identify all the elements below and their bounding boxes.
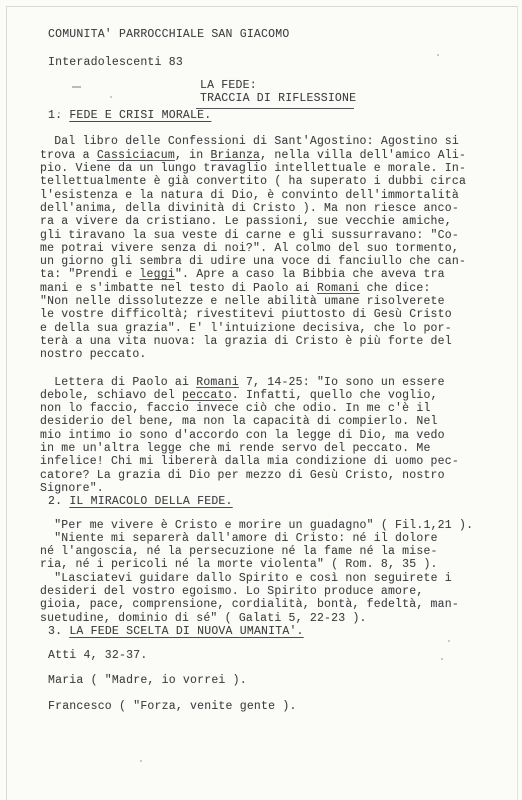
scan-artifact	[58, 112, 60, 114]
section-2-quotes: "Per me vivere è Cristo e morire un guad…	[40, 519, 496, 625]
section-2-heading: 2. IL MIRACOLO DELLA FEDE.	[48, 495, 496, 508]
section-3-item-maria: Maria ( "Madre, io vorrei ).	[48, 674, 496, 687]
section-3-item-francesco: Francesco ( "Forza, venite gente ).	[48, 700, 496, 713]
section-2-number: 2.	[48, 495, 62, 508]
section-3-number: 3.	[48, 625, 62, 638]
title-line-1: LA FEDE:	[200, 79, 496, 92]
scan-artifact	[441, 658, 443, 660]
scanned-document-page: COMUNITA' PARROCCHIALE SAN GIACOMO Inter…	[0, 0, 522, 800]
section-3-reference-atti: Atti 4, 32-37.	[48, 649, 496, 662]
quote-romani-8: "Niente mi separerà dall'amore di Cristo…	[40, 532, 496, 572]
scan-artifact	[448, 640, 450, 642]
document-title-block: LA FEDE: TRACCIA DI RIFLESSIONE	[200, 79, 496, 110]
section-2-title: IL MIRACOLO DELLA FEDE.	[69, 495, 232, 508]
section-1-heading: 1. FEDE E CRISI MORALE.	[48, 109, 496, 122]
scan-edge-left	[6, 6, 7, 800]
title-line-2: TRACCIA DI RIFLESSIONE	[200, 92, 496, 105]
organization-name: COMUNITA' PARROCCHIALE SAN GIACOMO	[48, 28, 496, 41]
scan-edge-right	[517, 6, 518, 800]
group-year-line: Interadolescenti 83	[48, 56, 496, 69]
section-1-title: FEDE E CRISI MORALE.	[69, 109, 211, 122]
quote-filippesi: "Per me vivere è Cristo e morire un guad…	[40, 519, 496, 532]
scan-artifact	[437, 54, 439, 56]
section-1-number: 1.	[48, 109, 62, 122]
scan-edge-top	[6, 6, 518, 7]
section-3-title: LA FEDE SCELTA DI NUOVA UMANITA'.	[69, 625, 303, 638]
document-content: COMUNITA' PARROCCHIALE SAN GIACOMO Inter…	[40, 28, 496, 713]
scan-artifact	[110, 96, 112, 98]
section-1-paragraph-romani: Lettera di Paolo ai Romani 7, 14-25: "Io…	[40, 376, 496, 496]
quote-galati: "Lasciatevi guidare dallo Spirito e così…	[40, 572, 496, 625]
scan-artifact	[140, 760, 142, 762]
section-3-heading: 3. LA FEDE SCELTA DI NUOVA UMANITA'.	[48, 625, 496, 638]
scan-artifact	[72, 86, 81, 88]
section-1-paragraph-agostino: Dal libro delle Confessioni di Sant'Agos…	[40, 135, 496, 361]
